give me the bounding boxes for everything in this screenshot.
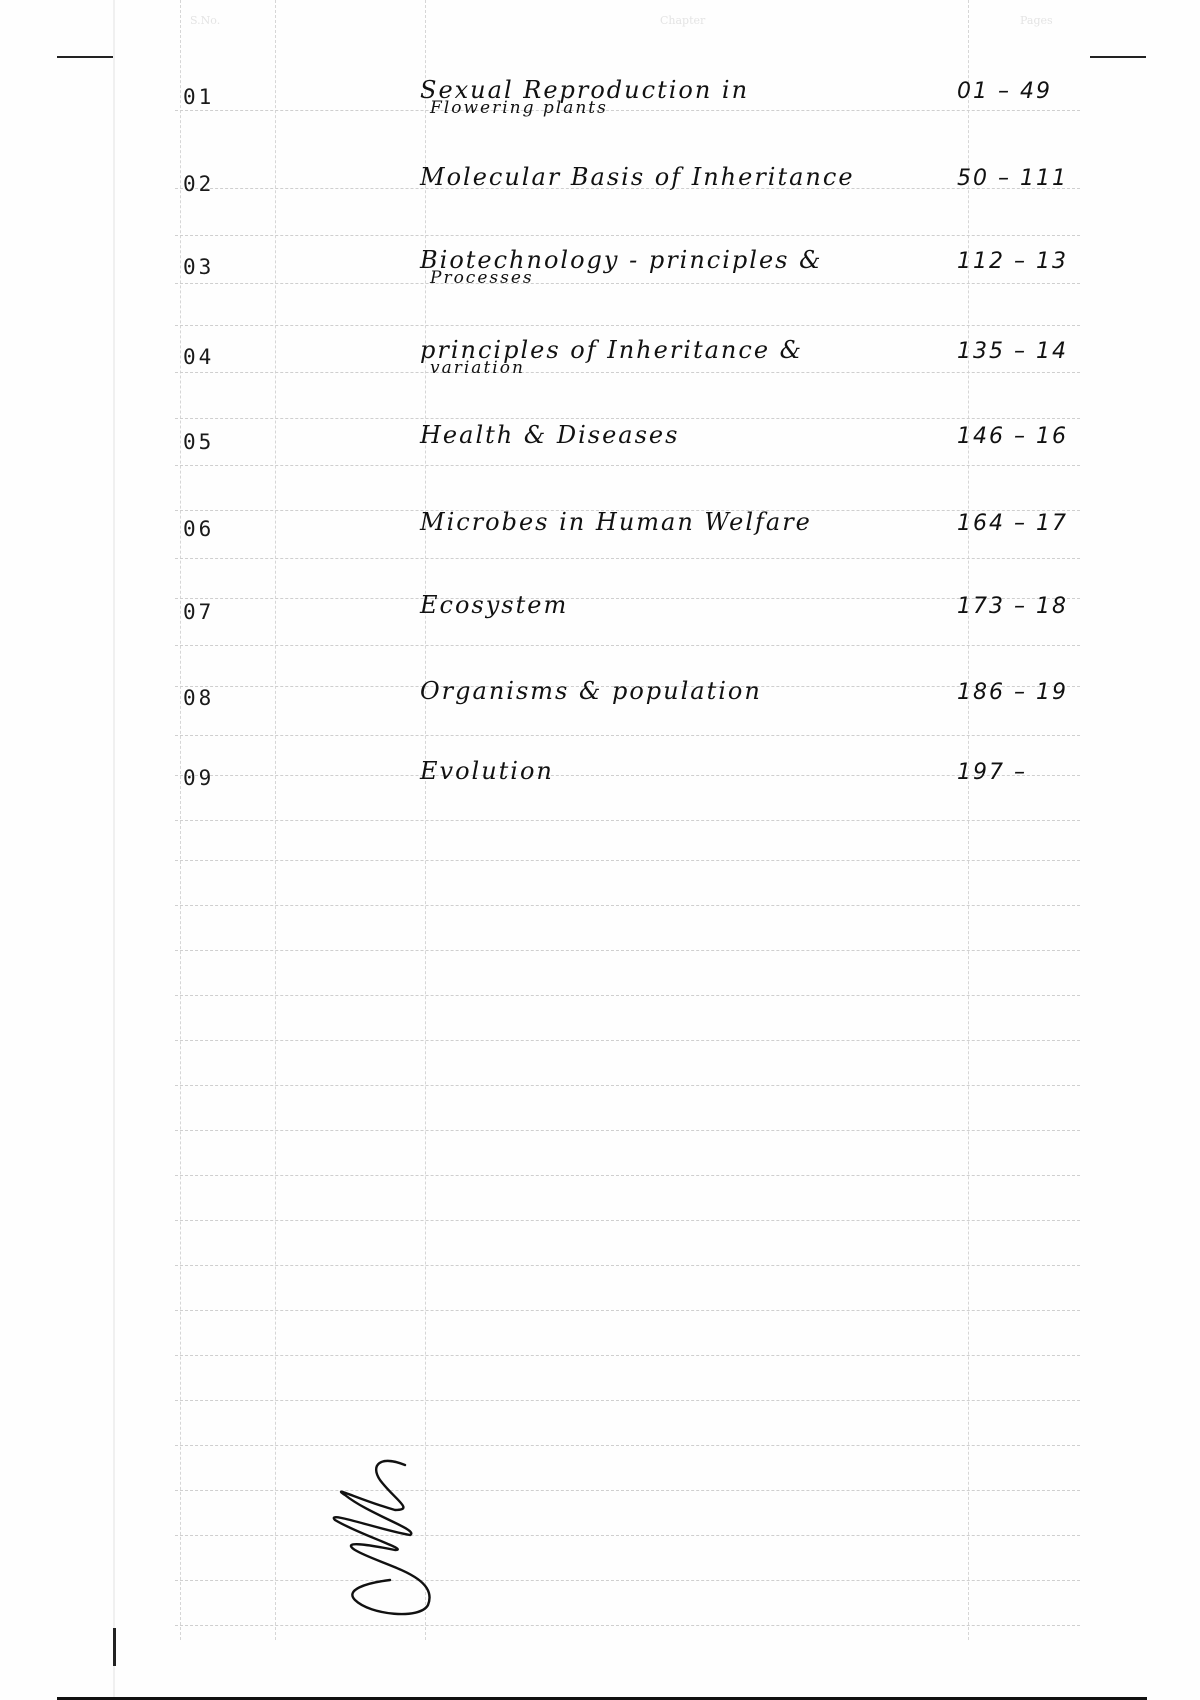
entry-pages: 135 – 14 [957, 339, 1087, 364]
ruled-line [175, 905, 1080, 906]
entry-title: Evolution [420, 760, 960, 782]
entry-title-text: Organisms & population [420, 677, 762, 705]
ruled-line [175, 1355, 1080, 1356]
ruled-line [175, 995, 1080, 996]
entry-title: Biotechnology - principles &Processes [420, 249, 960, 285]
index-row: 04principles of Inheritance &variation13… [0, 345, 1200, 405]
index-row: 08Organisms & population186 – 19 [0, 686, 1200, 746]
index-row: 06Microbes in Human Welfare164 – 17 [0, 517, 1200, 577]
entry-title: principles of Inheritance &variation [420, 339, 960, 375]
left-edge-mark [113, 1628, 116, 1666]
index-row: 02Molecular Basis of Inheritance50 – 111 [0, 172, 1200, 232]
ruled-line [175, 860, 1080, 861]
entry-title: Microbes in Human Welfare [420, 511, 960, 533]
ruled-line [175, 1130, 1080, 1131]
entry-pages: 146 – 16 [957, 424, 1087, 449]
ruled-line [175, 1400, 1080, 1401]
ruled-line [175, 1625, 1080, 1626]
entry-number: 02 [183, 172, 214, 196]
header-pages: Pages [1020, 14, 1053, 27]
entry-title-text: Evolution [420, 757, 554, 785]
entry-pages: 50 – 111 [957, 166, 1087, 191]
entry-title: Ecosystem [420, 594, 960, 616]
index-row: 01Sexual Reproduction inFlowering plants… [0, 85, 1200, 145]
entry-title-text: Molecular Basis of Inheritance [420, 163, 855, 191]
index-row: 09Evolution197 – [0, 766, 1200, 826]
entry-title: Health & Diseases [420, 424, 960, 446]
ruled-line [175, 1085, 1080, 1086]
entry-title-text: Health & Diseases [420, 421, 679, 449]
entry-number: 09 [183, 766, 214, 790]
entry-title-text: Microbes in Human Welfare [420, 508, 812, 536]
ruled-line [175, 1445, 1080, 1446]
ruled-line [175, 1040, 1080, 1041]
signature-icon [310, 1455, 460, 1625]
header-chapter: Chapter [660, 14, 705, 27]
ruled-line [175, 1265, 1080, 1266]
entry-number: 08 [183, 686, 214, 710]
entry-number: 03 [183, 255, 214, 279]
ruled-line [175, 235, 1080, 236]
entry-pages: 197 – [957, 760, 1087, 785]
entry-title-text: Ecosystem [420, 591, 568, 619]
ruled-line [175, 418, 1080, 419]
entry-number: 01 [183, 85, 214, 109]
top-left-rule [57, 56, 113, 58]
header-sno: S.No. [190, 14, 220, 27]
index-row: 05Health & Diseases146 – 16 [0, 430, 1200, 490]
ruled-line [175, 1310, 1080, 1311]
index-row: 03Biotechnology - principles &Processes1… [0, 255, 1200, 315]
entry-title: Organisms & population [420, 680, 960, 702]
entry-pages: 01 – 49 [957, 79, 1087, 104]
entry-number: 06 [183, 517, 214, 541]
entry-pages: 186 – 19 [957, 680, 1087, 705]
entry-title: Molecular Basis of Inheritance [420, 166, 960, 188]
ruled-line [175, 1175, 1080, 1176]
entry-pages: 173 – 18 [957, 594, 1087, 619]
ruled-line [175, 1220, 1080, 1221]
index-page: S.No. Chapter Pages 01Sexual Reproductio… [0, 0, 1200, 1700]
entry-number: 04 [183, 345, 214, 369]
entry-pages: 112 – 13 [957, 249, 1087, 274]
entry-title: Sexual Reproduction inFlowering plants [420, 79, 960, 115]
top-right-rule [1090, 56, 1146, 58]
entry-pages: 164 – 17 [957, 511, 1087, 536]
entry-number: 05 [183, 430, 214, 454]
index-row: 07Ecosystem173 – 18 [0, 600, 1200, 660]
entry-number: 07 [183, 600, 214, 624]
ruled-line [175, 950, 1080, 951]
ruled-line [175, 325, 1080, 326]
